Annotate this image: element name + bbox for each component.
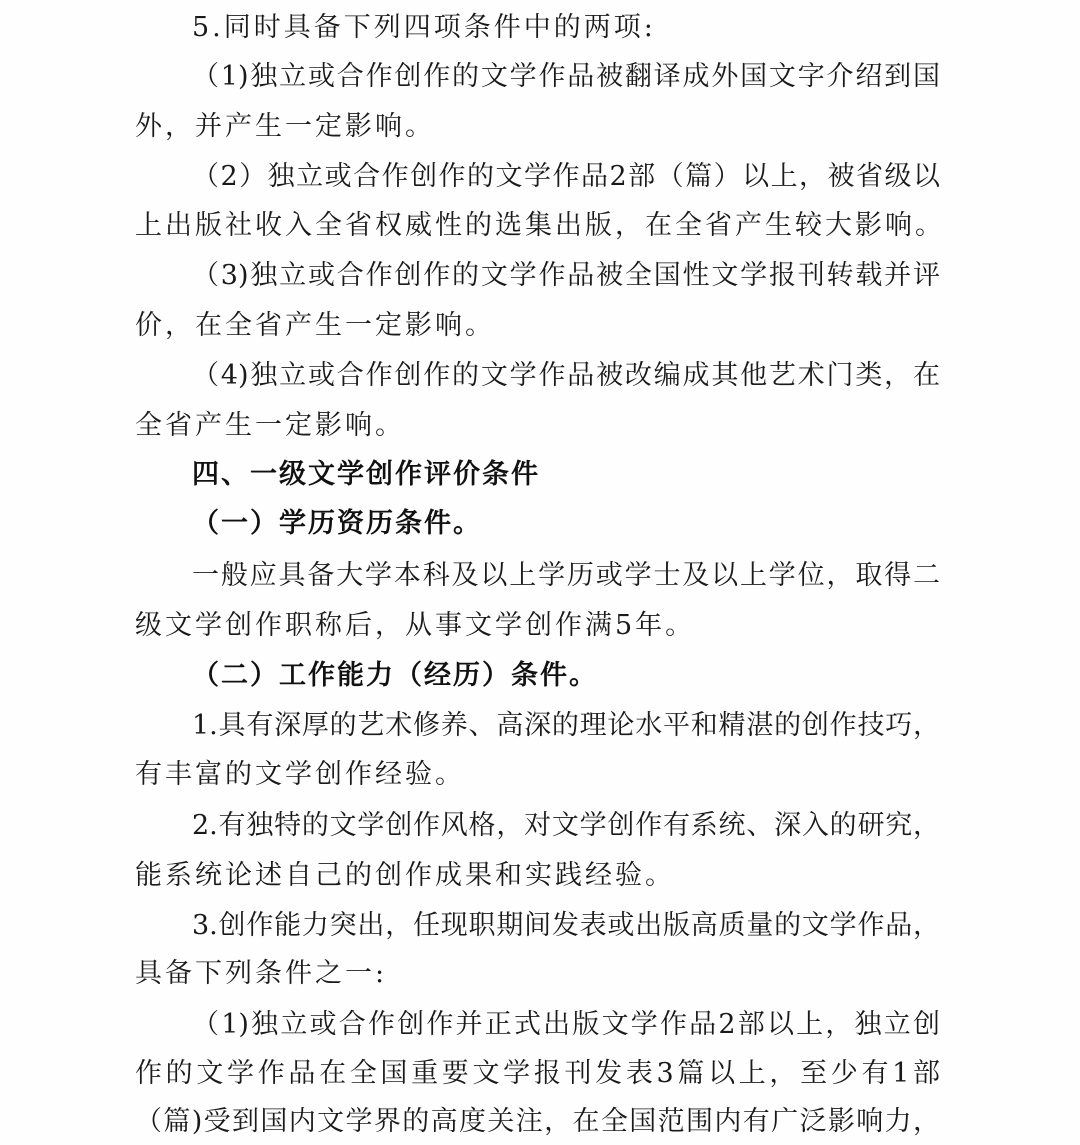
text-line-condition-3-cont: 价，在全省产生一定影响。 bbox=[135, 301, 940, 351]
document-page: 5.同时具备下列四项条件中的两项: （1)独立或合作创作的文学作品被翻译成外国文… bbox=[0, 0, 1080, 1145]
text-line-ability-3: 3.创作能力突出，任现职期间发表或出版高质量的文学作品， bbox=[192, 901, 940, 951]
text-line-ability-1-cont: 有丰富的文学创作经验。 bbox=[135, 750, 940, 800]
subsection-heading-education: （一）学历资历条件。 bbox=[192, 499, 940, 549]
text-line-ability-3-option-1: （1)独立或合作创作并正式出版文学作品2部以上，独立创 bbox=[192, 1000, 940, 1050]
text-line-ability-2-cont: 能系统论述自己的创作成果和实践经验。 bbox=[135, 851, 940, 901]
text-line-ability-2: 2.有独特的文学创作风格，对文学创作有系统、深入的研究， bbox=[192, 801, 940, 851]
text-line-condition-3: （3)独立或合作创作的文学作品被全国性文学报刊转载并评 bbox=[192, 251, 940, 301]
text-line-condition-1: （1)独立或合作创作的文学作品被翻译成外国文字介绍到国 bbox=[192, 52, 940, 102]
text-line-condition-1-cont: 外，并产生一定影响。 bbox=[135, 102, 940, 152]
text-line-ability-3-option-1-cont-2: （篇)受到国内文学界的高度关注，在全国范围内有广泛影响力， bbox=[135, 1097, 940, 1145]
section-heading-level-one: 四、一级文学创作评价条件 bbox=[192, 450, 940, 500]
text-line-condition-4: （4)独立或合作创作的文学作品被改编成其他艺术门类，在 bbox=[192, 351, 940, 401]
text-line-condition-2-cont: 上出版社收入全省权威性的选集出版，在全省产生较大影响。 bbox=[135, 201, 940, 251]
text-line-condition-4-cont: 全省产生一定影响。 bbox=[135, 401, 940, 451]
text-line-item-5-intro: 5.同时具备下列四项条件中的两项: bbox=[192, 3, 940, 53]
text-line-ability-3-option-1-cont: 作的文学作品在全国重要文学报刊发表3篇以上，至少有1部 bbox=[135, 1049, 940, 1099]
text-line-education-cont: 级文学创作职称后，从事文学创作满5年。 bbox=[135, 601, 940, 651]
text-line-ability-3-cont: 具备下列条件之一: bbox=[135, 949, 940, 999]
subsection-heading-work-ability: （二）工作能力（经历）条件。 bbox=[192, 651, 940, 701]
text-line-education: 一般应具备大学本科及以上学历或学士及以上学位，取得二 bbox=[192, 551, 940, 601]
text-line-condition-2: （2）独立或合作创作的文学作品2部（篇）以上，被省级以 bbox=[192, 152, 940, 202]
text-line-ability-1: 1.具有深厚的艺术修养、高深的理论水平和精湛的创作技巧， bbox=[192, 701, 940, 751]
